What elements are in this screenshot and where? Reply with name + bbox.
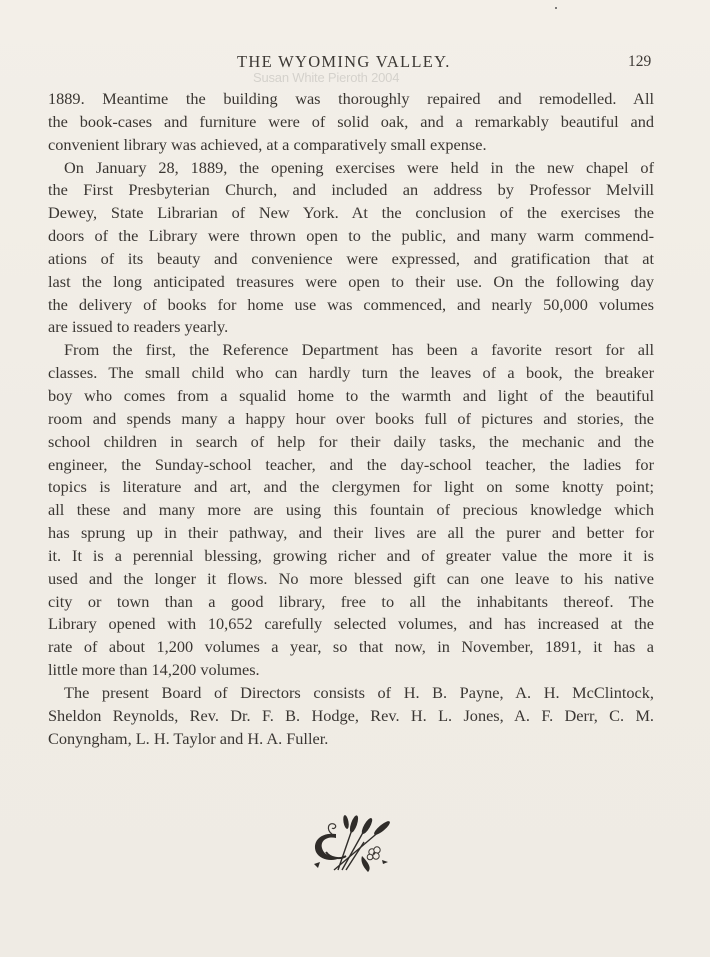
text-line: used and the longer it flows. No more bl… [48,568,654,591]
text-line: convenient library was achieved, at a co… [48,134,654,157]
text-line: rate of about 1,200 volumes a year, so t… [48,636,654,659]
text-line: school children in search of help for th… [48,431,654,454]
paper-speck [555,7,557,9]
text-line: last the long anticipated treasures were… [48,271,654,294]
text-line: Conyngham, L. H. Taylor and H. A. Fuller… [48,728,654,751]
book-page: THE WYOMING VALLEY. 129 Susan White Pier… [0,0,710,957]
text-line: classes. The small child who can hardly … [48,362,654,385]
text-line: the First Presbyterian Church, and inclu… [48,179,654,202]
text-line: boy who comes from a squalid home to the… [48,385,654,408]
text-line: 1889. Meantime the building was thorough… [48,88,654,111]
text-line: doors of the Library were thrown open to… [48,225,654,248]
text-line: the book-cases and furniture were of sol… [48,111,654,134]
text-line: Dewey, State Librarian of New York. At t… [48,202,654,225]
running-title: THE WYOMING VALLEY. [237,52,451,72]
paragraph-start-line: From the first, the Reference Department… [48,339,654,362]
watermark: Susan White Pieroth 2004 [253,70,399,85]
text-line: room and spends many a happy hour over b… [48,408,654,431]
text-line: little more than 14,200 volumes. [48,659,654,682]
text-line: ations of its beauty and convenience wer… [48,248,654,271]
body-text: 1889. Meantime the building was thorough… [48,88,654,750]
text-line: the delivery of books for home use was c… [48,294,654,317]
text-line: are issued to readers yearly. [48,316,654,339]
text-line: has sprung up in their pathway, and thei… [48,522,654,545]
text-line: Sheldon Reynolds, Rev. Dr. F. B. Hodge, … [48,705,654,728]
text-line: it. It is a perennial blessing, growing … [48,545,654,568]
text-line: Library opened with 10,652 carefully sel… [48,613,654,636]
text-line: city or town than a good library, free t… [48,591,654,614]
wheat-sheaf-floral-tailpiece-icon [306,812,392,874]
page-number: 129 [628,53,651,71]
text-line: all these and many more are using this f… [48,499,654,522]
paragraph-start-line: The present Board of Directors consists … [48,682,654,705]
paragraph-start-line: On January 28, 1889, the opening exercis… [48,157,654,180]
text-line: engineer, the Sunday-school teacher, and… [48,454,654,477]
text-line: topics is literature and art, and the cl… [48,476,654,499]
